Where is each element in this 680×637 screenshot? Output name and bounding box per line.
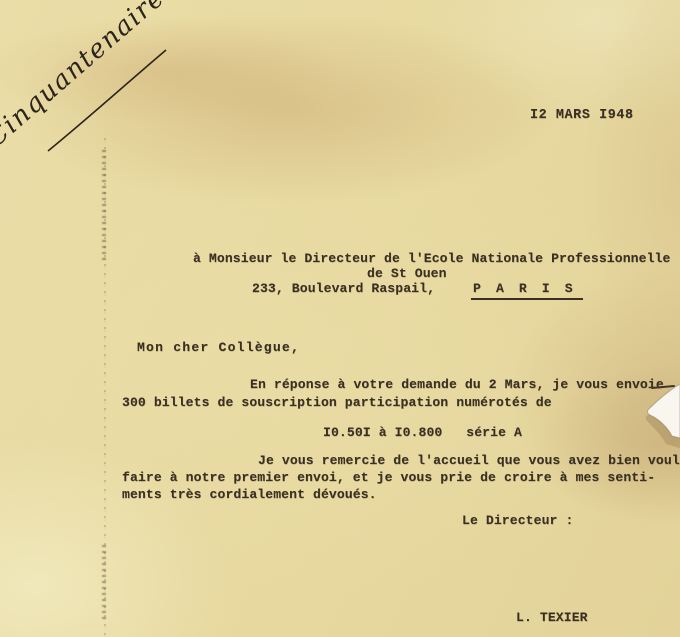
recipient-city-underlined: P A R I S [471, 281, 583, 300]
recipient-street: 233, Boulevard Raspail, [252, 281, 435, 296]
date-line: I2 MARS I948 [530, 108, 634, 124]
ticket-numbers-line: I0.50I à I0.800 série A [323, 425, 522, 441]
handwritten-note-text: Cinquantenaire [0, 0, 171, 153]
recipient-line-2: de St Ouen [367, 266, 447, 282]
handwriting-strokes: Cinquantenaire [0, 0, 204, 173]
body-paragraph2-line1: Je vous remercie de l'accueil que vous a… [258, 453, 680, 469]
signature-name: L. TEXIER [516, 610, 588, 626]
torn-edge-notch [644, 378, 680, 464]
recipient-line-3: 233, Boulevard Raspail,P A R I S [252, 281, 583, 300]
torn-edge-shape [644, 378, 680, 464]
salutation-line: Mon cher Collègue, [137, 340, 300, 356]
body-paragraph1-line2: 300 billets de souscription participatio… [122, 395, 552, 411]
fold-speckles-lower [102, 545, 106, 620]
handwritten-note: Cinquantenaire [0, 0, 204, 173]
fold-speckles-upper [102, 150, 106, 260]
body-paragraph1-line1: En réponse à votre demande du 2 Mars, je… [250, 377, 664, 393]
body-paragraph2-line2: faire à notre premier envoi, et je vous … [122, 470, 655, 486]
letter-document: Cinquantenaire I2 MARS I948 à Monsieur l… [0, 0, 680, 637]
body-paragraph2-line3: ments très cordialement dévoués. [122, 487, 377, 503]
closing-line: Le Directeur : [462, 513, 573, 529]
recipient-line-1: à Monsieur le Directeur de l'Ecole Natio… [193, 251, 670, 267]
